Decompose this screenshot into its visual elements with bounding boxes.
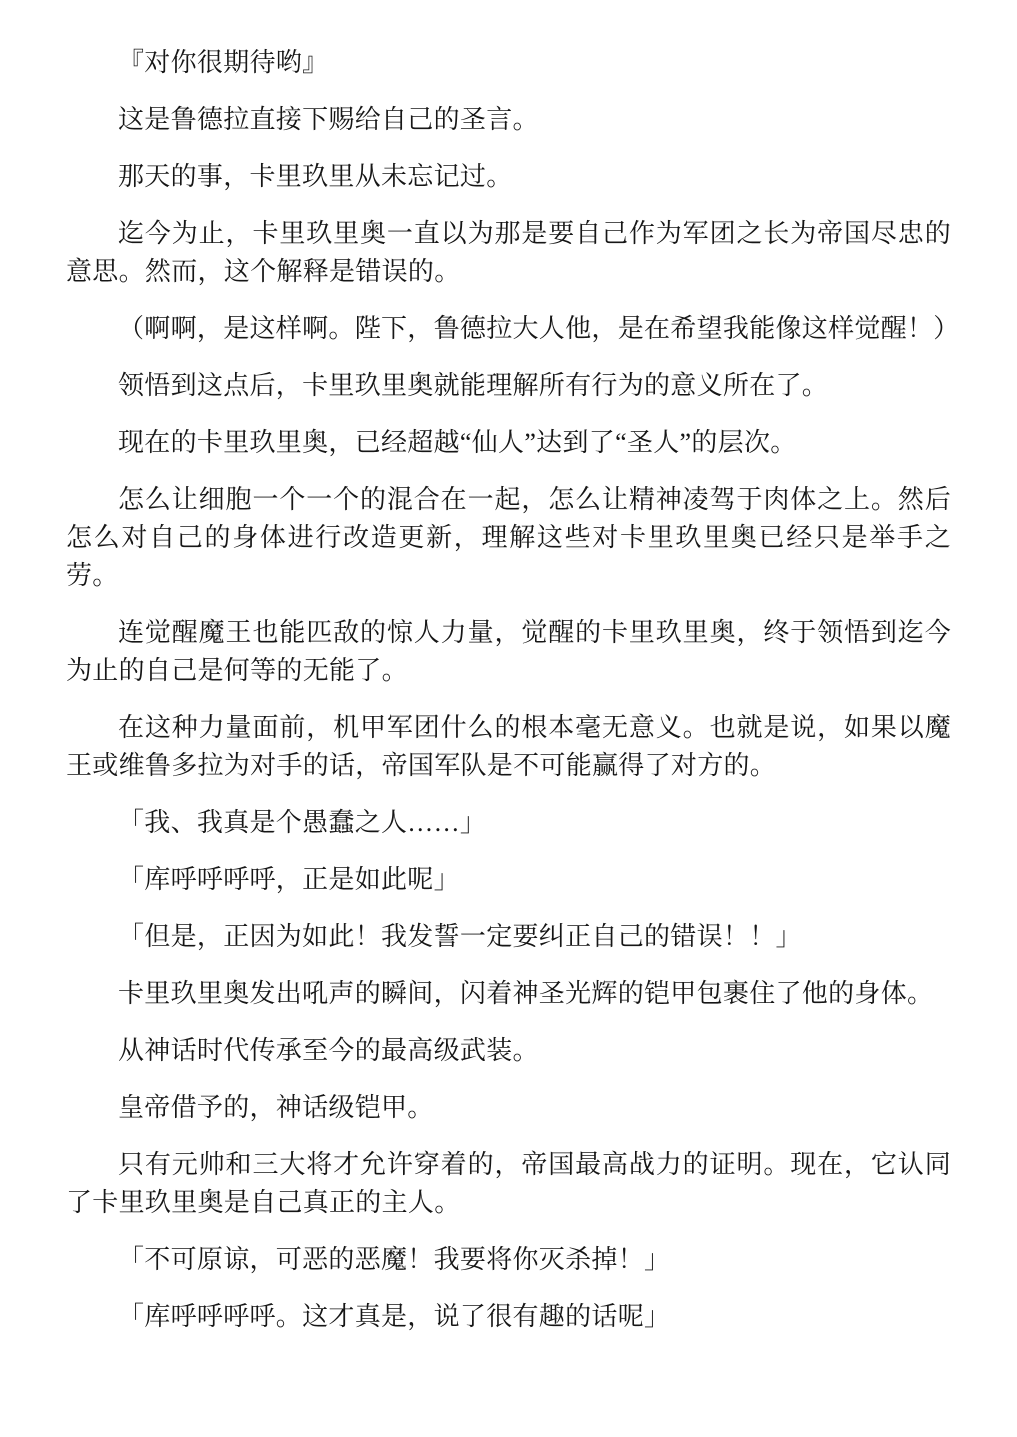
paragraph: 皇帝借予的，神话级铠甲。 [66,1089,951,1127]
paragraph: 从神话时代传承至今的最高级武装。 [66,1032,951,1070]
paragraph: 卡里玖里奥发出吼声的瞬间，闪着神圣光辉的铠甲包裹住了他的身体。 [66,975,951,1013]
paragraph: 只有元帅和三大将才允许穿着的，帝国最高战力的证明。现在，它认同了卡里玖里奥是自己… [66,1146,951,1222]
paragraph: 「不可原谅，可恶的恶魔！我要将你灭杀掉！」 [66,1241,951,1279]
paragraph: 怎么让细胞一个一个的混合在一起，怎么让精神凌驾于肉体之上。然后怎么对自己的身体进… [66,481,951,595]
page-body: 『对你很期待哟』这是鲁德拉直接下赐给自己的圣言。那天的事，卡里玖里从未忘记过。迄… [66,44,951,1336]
paragraph: 「但是，正因为如此！我发誓一定要纠正自己的错误！！」 [66,918,951,956]
paragraph: 『对你很期待哟』 [66,44,951,82]
paragraph: 现在的卡里玖里奥，已经超越“仙人”达到了“圣人”的层次。 [66,424,951,462]
paragraph: 「库呼呼呼呼。这才真是，说了很有趣的话呢」 [66,1298,951,1336]
document-page: 『对你很期待哟』这是鲁德拉直接下赐给自己的圣言。那天的事，卡里玖里从未忘记过。迄… [0,0,1017,1437]
paragraph: 领悟到这点后，卡里玖里奥就能理解所有行为的意义所在了。 [66,367,951,405]
paragraph: 「库呼呼呼呼，正是如此呢」 [66,861,951,899]
paragraph: （啊啊，是这样啊。陛下，鲁德拉大人他，是在希望我能像这样觉醒！） [66,310,951,348]
paragraph: 连觉醒魔王也能匹敌的惊人力量，觉醒的卡里玖里奥，终于领悟到迄今为止的自己是何等的… [66,614,951,690]
paragraph: 这是鲁德拉直接下赐给自己的圣言。 [66,101,951,139]
paragraph: 迄今为止，卡里玖里奥一直以为那是要自己作为军团之长为帝国尽忠的意思。然而，这个解… [66,215,951,291]
paragraph: 「我、我真是个愚蠢之人……」 [66,804,951,842]
paragraph: 在这种力量面前，机甲军团什么的根本毫无意义。也就是说，如果以魔王或维鲁多拉为对手… [66,709,951,785]
paragraph: 那天的事，卡里玖里从未忘记过。 [66,158,951,196]
